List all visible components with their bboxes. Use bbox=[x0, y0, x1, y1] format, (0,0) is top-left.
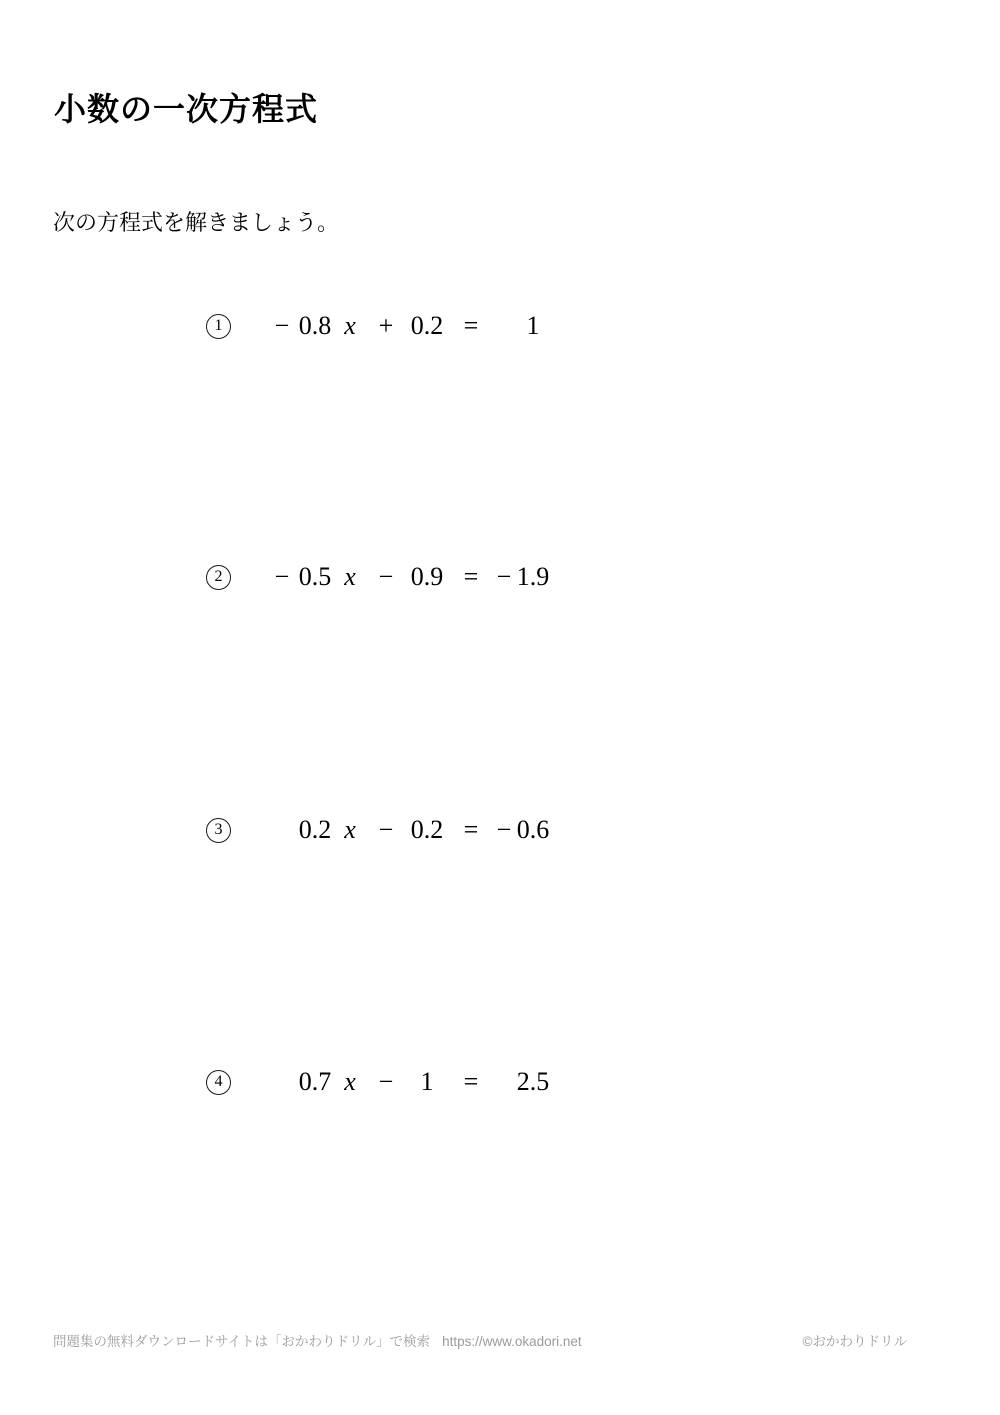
equation-row: 2 − 0.5 x − 0.9 = − 1.9 bbox=[206, 555, 553, 599]
constant: 0.2 bbox=[407, 815, 447, 845]
constant: 1 bbox=[407, 1067, 447, 1097]
operator: − bbox=[365, 1067, 407, 1097]
equation-row: 4 0.7 x − 1 = 2.5 bbox=[206, 1060, 553, 1104]
coefficient: 0.7 bbox=[295, 1067, 335, 1097]
page-title: 小数の一次方程式 bbox=[54, 84, 318, 130]
rhs-sign: − bbox=[495, 562, 513, 592]
copyright-text: ©おかわりドリル bbox=[803, 1330, 907, 1350]
variable: x bbox=[335, 1067, 365, 1097]
constant: 0.9 bbox=[407, 562, 447, 592]
variable: x bbox=[335, 562, 365, 592]
lhs-sign: − bbox=[269, 562, 295, 592]
worksheet-page: 小数の一次方程式 次の方程式を解きましょう。 1 − 0.8 x + 0.2 =… bbox=[0, 0, 1000, 1415]
operator: − bbox=[365, 562, 407, 592]
equation-row: 3 0.2 x − 0.2 = − 0.6 bbox=[206, 808, 553, 852]
operator: + bbox=[365, 311, 407, 341]
rhs-value: 2.5 bbox=[513, 1067, 553, 1097]
constant: 0.2 bbox=[407, 311, 447, 341]
footer-url: https://www.okadori.net bbox=[442, 1334, 582, 1349]
equals-sign: = bbox=[447, 311, 495, 341]
lhs-sign: − bbox=[269, 311, 295, 341]
problem-number-badge: 1 bbox=[206, 314, 231, 339]
variable: x bbox=[335, 311, 365, 341]
rhs-value: 1 bbox=[513, 311, 553, 341]
footer-note: 問題集の無料ダウンロードサイトは「おかわりドリル」で検索https://www.… bbox=[53, 1330, 582, 1350]
footer: 問題集の無料ダウンロードサイトは「おかわりドリル」で検索https://www.… bbox=[53, 1330, 907, 1350]
operator: − bbox=[365, 815, 407, 845]
instruction-text: 次の方程式を解きましょう。 bbox=[53, 206, 339, 237]
rhs-value: 0.6 bbox=[513, 815, 553, 845]
rhs-sign: − bbox=[495, 815, 513, 845]
problem-number-badge: 4 bbox=[206, 1070, 231, 1095]
equation-row: 1 − 0.8 x + 0.2 = 1 bbox=[206, 304, 553, 348]
coefficient: 0.8 bbox=[295, 311, 335, 341]
variable: x bbox=[335, 815, 365, 845]
problem-number-badge: 2 bbox=[206, 565, 231, 590]
coefficient: 0.2 bbox=[295, 815, 335, 845]
equals-sign: = bbox=[447, 1067, 495, 1097]
problem-number-badge: 3 bbox=[206, 818, 231, 843]
equals-sign: = bbox=[447, 562, 495, 592]
rhs-value: 1.9 bbox=[513, 562, 553, 592]
equals-sign: = bbox=[447, 815, 495, 845]
coefficient: 0.5 bbox=[295, 562, 335, 592]
footer-note-text: 問題集の無料ダウンロードサイトは「おかわりドリル」で検索 bbox=[53, 1334, 430, 1349]
